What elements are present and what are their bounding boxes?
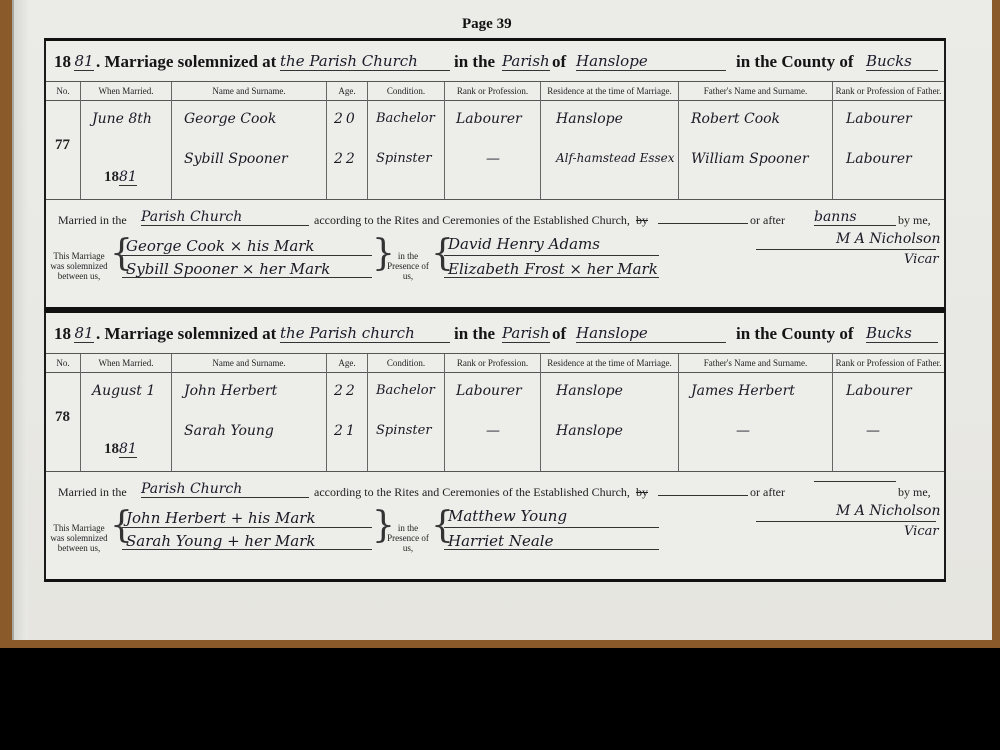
groom-condition: Bachelor [376,383,435,398]
groom-rank: Labourer [456,111,522,127]
date-year: 1881 [104,441,137,458]
column-header: Condition. [368,82,445,100]
solemnized-between-label: This Marriage was solemnized between us, [48,523,110,553]
bride-name: Sybill Spooner [184,151,288,167]
county-value: Bucks [866,52,938,71]
in-presence-label: in the Presence of us, [386,523,430,553]
entry-headline: 1881. Marriage solemnized atthe Parish c… [46,313,944,353]
when-married: June 8th [92,111,152,127]
entry-cells: 78August 11881John Herbert22BachelorLabo… [46,371,944,472]
groom-residence: Hanslope [556,383,623,399]
rites-label: according to the Rites and Ceremonies of… [314,213,630,228]
officiant-signature: M A Nicholson [836,231,940,247]
or-after-label: or after [750,213,785,228]
by-licence-value [658,481,748,496]
district-type-value: Parish [502,324,550,343]
page-number: Page 39 [462,16,512,33]
solemnized-between-label: This Marriage was solemnized between us, [48,251,110,281]
witness-1-signature: Matthew Young [448,507,567,525]
in-presence-label: in the Presence of us, [386,251,430,281]
column-header: Condition. [368,354,445,372]
county-label: in the County of [736,324,854,344]
officiant-signature: M A Nicholson [836,503,940,519]
year-label: 18 [54,324,71,344]
marriage-entry: 1881. Marriage solemnized atthe Parish c… [44,310,946,582]
bride-rank: — [486,423,500,439]
bride-father-rank: Labourer [846,151,912,167]
groom-age: 22 [334,383,358,399]
bride-residence: Hanslope [556,423,623,439]
officiant-title: Vicar [904,524,939,539]
bride-father-rank: — [866,423,880,439]
solemnized-label: . Marriage solemnized at [96,324,276,344]
entry-headline: 1881. Marriage solemnized atthe Parish C… [46,41,944,81]
county-label: in the County of [736,52,854,72]
rites-label: according to the Rites and Ceremonies of… [314,485,630,500]
after-value: banns [814,209,896,226]
year-label: 18 [54,52,71,72]
register-page: Page 39 1881. Marriage solemnized atthe … [12,0,992,640]
by-licence-label: by [636,485,648,500]
witness-2-signature: Harriet Neale [448,532,553,550]
date-year-suffix: 81 [119,169,137,186]
entry-cells: 77June 8th1881George Cook20BachelorLabou… [46,99,944,200]
date-year: 1881 [104,169,137,186]
entry-number: 78 [55,409,70,426]
column-header: No. [46,82,81,100]
column-header: Rank or Profession. [445,82,541,100]
by-me-label: by me, [898,485,931,500]
district-value: Hanslope [576,324,726,343]
bride-father: — [736,423,750,439]
married-in-line: Married in theParish Churchaccording to … [46,481,944,505]
married-in-value: Parish Church [141,481,309,498]
bride-condition: Spinster [376,151,432,166]
groom-father-rank: Labourer [846,383,912,399]
column-header: Rank or Profession. [445,354,541,372]
county-value: Bucks [866,324,938,343]
in-the-label: in the [454,324,495,344]
column-header: Rank or Profession of Father. [833,82,944,100]
married-in-label: Married in the [58,485,127,500]
column-header: Father's Name and Surname. [679,354,833,372]
column-headers: No.When Married.Name and Surname.Age.Con… [46,81,944,101]
bride-signature: Sarah Young + her Mark [126,532,315,550]
groom-father: James Herbert [691,383,795,399]
column-header: Residence at the time of Marriage. [541,82,679,100]
by-me-label: by me, [898,213,931,228]
bride-residence: Alf-hamstead Essex [556,151,675,165]
by-licence-label: by [636,213,648,228]
entry-number: 77 [55,137,70,154]
witness-2-signature: Elizabeth Frost × her Mark [448,260,658,278]
column-header: Name and Surname. [172,82,327,100]
of-label: of [552,324,566,344]
groom-age: 20 [334,111,358,127]
groom-condition: Bachelor [376,111,435,126]
married-in-line: Married in theParish Churchaccording to … [46,209,944,233]
bride-condition: Spinster [376,423,432,438]
bride-age: 22 [334,151,358,167]
column-header: When Married. [81,82,172,100]
place-value: the Parish church [280,324,450,343]
witness-1-signature: David Henry Adams [448,235,600,253]
groom-residence: Hanslope [556,111,623,127]
column-header: Age. [327,82,368,100]
groom-rank: Labourer [456,383,522,399]
page-gutter [14,0,28,640]
place-value: the Parish Church [280,52,450,71]
groom-father: Robert Cook [691,111,780,127]
officiant-title: Vicar [904,252,939,267]
column-header: When Married. [81,354,172,372]
district-value: Hanslope [576,52,726,71]
in-the-label: in the [454,52,495,72]
married-in-value: Parish Church [141,209,309,226]
groom-name: John Herbert [184,383,277,399]
year-suffix: 81 [74,324,94,343]
when-married: August 1 [92,383,155,399]
year-suffix: 81 [74,52,94,71]
groom-father-rank: Labourer [846,111,912,127]
column-header: Residence at the time of Marriage. [541,354,679,372]
column-header: No. [46,354,81,372]
solemnized-label: . Marriage solemnized at [96,52,276,72]
column-header: Name and Surname. [172,354,327,372]
or-after-label: or after [750,485,785,500]
column-header: Father's Name and Surname. [679,82,833,100]
bride-age: 21 [334,423,358,439]
of-label: of [552,52,566,72]
groom-signature: John Herbert + his Mark [126,509,316,527]
marriage-entry: 1881. Marriage solemnized atthe Parish C… [44,38,946,310]
bride-name: Sarah Young [184,423,274,439]
bride-signature: Sybill Spooner × her Mark [126,260,330,278]
groom-signature: George Cook × his Mark [126,237,315,255]
bride-rank: — [486,151,500,167]
by-licence-value [658,209,748,224]
district-type-value: Parish [502,52,550,71]
groom-name: George Cook [184,111,276,127]
bride-father: William Spooner [691,151,809,167]
date-year-suffix: 81 [119,441,137,458]
after-value [814,481,896,482]
married-in-label: Married in the [58,213,127,228]
column-header: Age. [327,354,368,372]
column-headers: No.When Married.Name and Surname.Age.Con… [46,353,944,373]
column-header: Rank or Profession of Father. [833,354,944,372]
